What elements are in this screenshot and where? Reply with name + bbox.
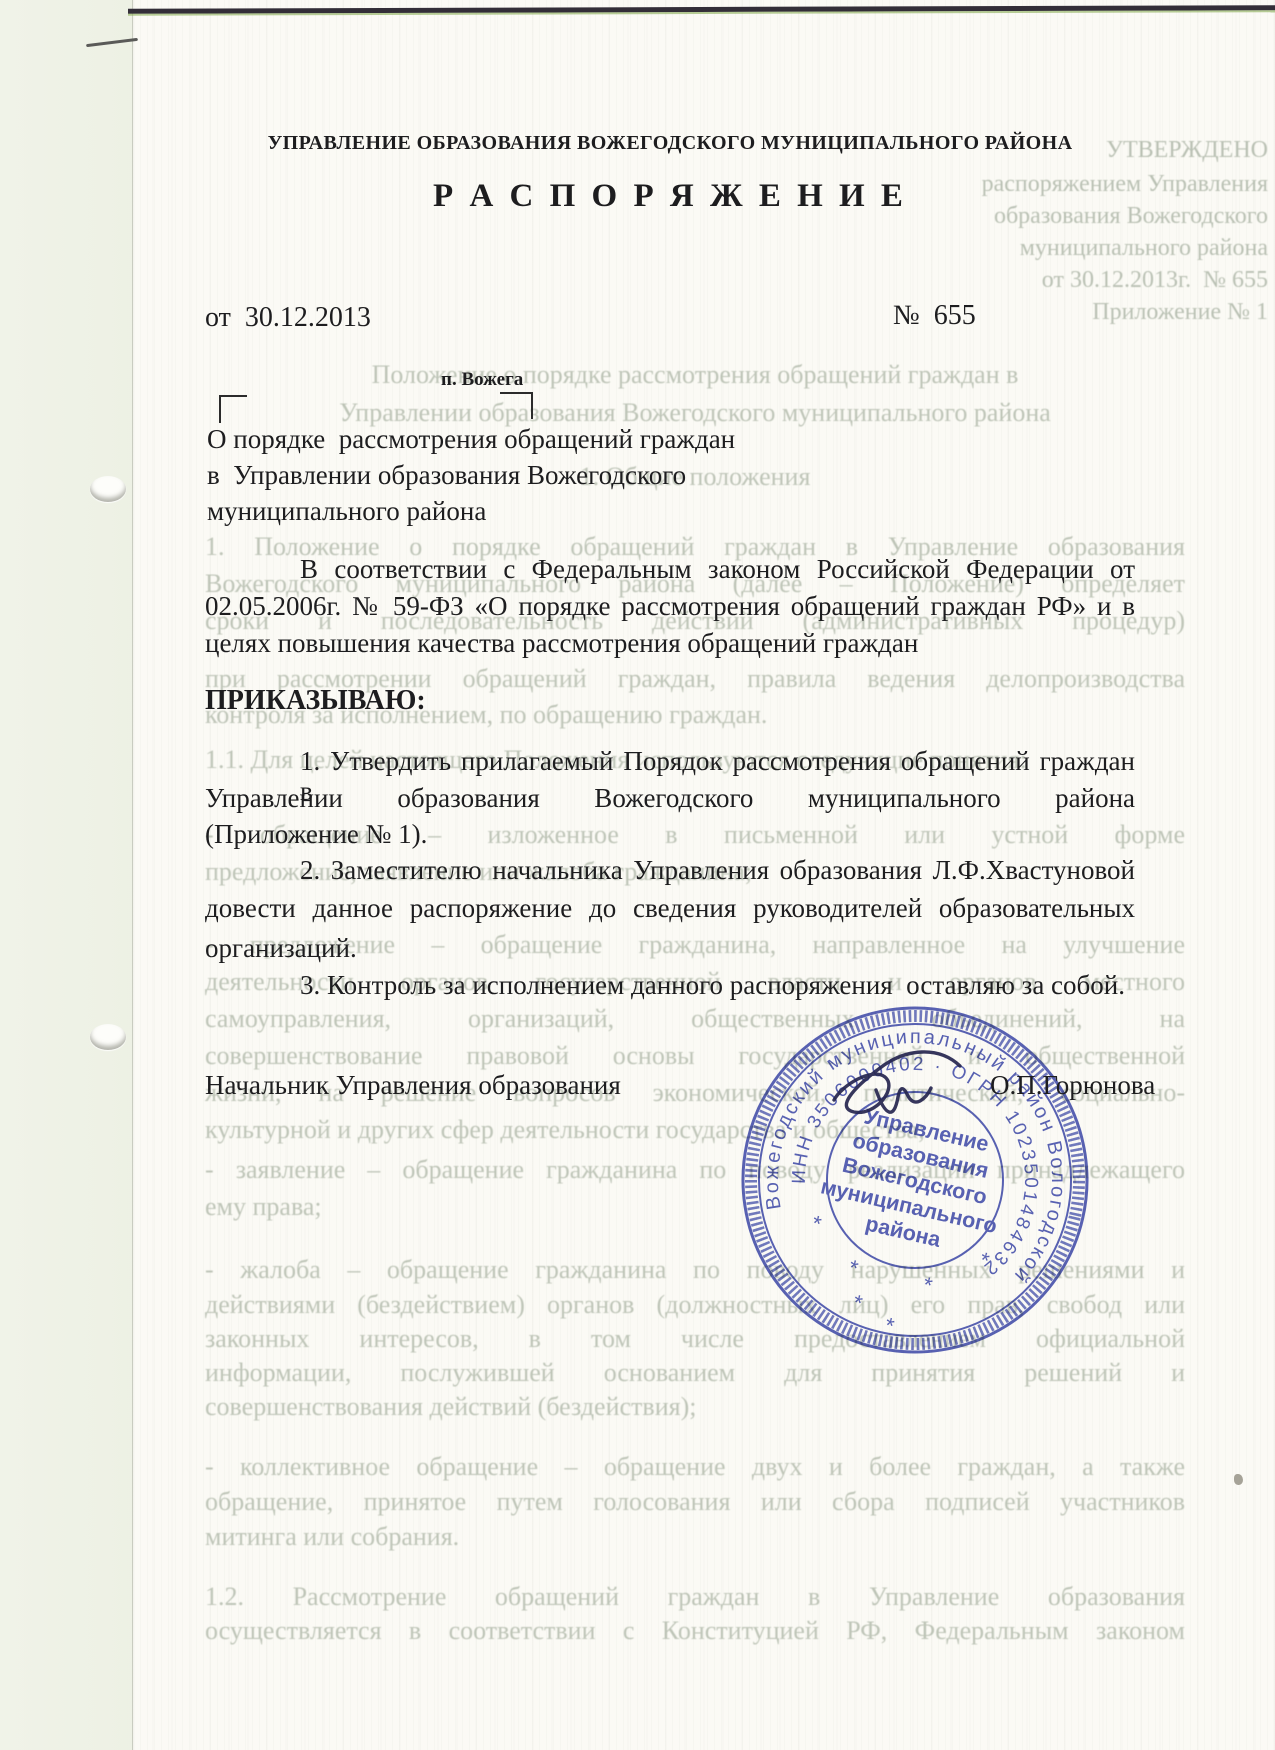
preamble-line: целях повышения качества рассмотрения об…	[205, 628, 918, 658]
svg-text:*: *	[921, 1272, 935, 1298]
subject-line: О порядке рассмотрения обращений граждан	[207, 424, 735, 454]
bleed-text-line: Положение о порядке рассмотрения обращен…	[205, 360, 1185, 389]
bleed-text-line: митинга или собрания.	[205, 1522, 1185, 1551]
subject-line: муниципального района	[207, 496, 486, 526]
subject-line: в Управлении образования Вожегодского	[207, 460, 686, 490]
bleed-text-line: обращение, принятое путем голосования ил…	[205, 1487, 1185, 1516]
document-date: от 30.12.2013	[205, 303, 371, 333]
order-item-line: довести данное распоряжение до сведения …	[205, 893, 1135, 923]
hole-punch	[90, 476, 126, 502]
bleed-text-line: осуществляется в соответствии с Конститу…	[205, 1616, 1185, 1645]
subject-corner-mark-left	[219, 395, 247, 423]
subject-corner-mark-right	[500, 392, 533, 419]
svg-text:*: *	[851, 1290, 865, 1316]
svg-text:*: *	[810, 1210, 824, 1236]
order-item-line: организаций.	[205, 933, 357, 963]
preamble-line: 02.05.2006г. № 59-ФЗ «О порядке рассмотр…	[205, 591, 1135, 621]
bleed-text-line: от 30.12.2013г. № 655	[660, 266, 1268, 295]
order-item-line: 2. Заместителю начальника Управления обр…	[300, 855, 1135, 885]
order-item-line: Управлении образования Вожегодского муни…	[205, 783, 1135, 813]
bleed-text-line: 1.2. Рассмотрение обращений граждан в Уп…	[205, 1582, 1185, 1611]
scanned-page-background: УТВЕРЖДЕНО распоряжением Управления обра…	[0, 0, 1275, 1750]
handwritten-signature	[784, 1040, 974, 1140]
signature-name: О.П.Горюнова	[990, 1070, 1155, 1100]
bleed-text-line: совершенствования действий (бездействия)…	[205, 1392, 1185, 1421]
command-heading: ПРИКАЗЫВАЮ:	[205, 686, 426, 716]
document-place: п. Вожега	[441, 365, 523, 395]
bleed-text-line: муниципального района	[660, 234, 1268, 263]
staple-mark	[86, 38, 138, 47]
document-header: УПРАВЛЕНИЕ ОБРАЗОВАНИЯ ВОЖЕГОДСКОГО МУНИ…	[205, 128, 1135, 158]
signature-title: Начальник Управления образования	[205, 1070, 621, 1100]
ink-speck	[1234, 1474, 1243, 1485]
preamble-line: В соответствии с Федеральным законом Рос…	[300, 554, 1135, 584]
bleed-text-line: Управлении образования Вожегодского муни…	[205, 398, 1185, 427]
order-item-line: (Приложение № 1).	[205, 819, 427, 849]
svg-text:*: *	[847, 1255, 861, 1281]
document-number: № 655	[893, 301, 976, 331]
bleed-text-line: - коллективное обращение – обращение дву…	[205, 1452, 1185, 1481]
document-type-title: Р А С П О Р Я Ж Е Н И Е	[205, 181, 1135, 211]
hole-punch	[90, 1024, 126, 1050]
order-item-line: 3. Контроль за исполнением данного распо…	[300, 970, 1125, 1000]
